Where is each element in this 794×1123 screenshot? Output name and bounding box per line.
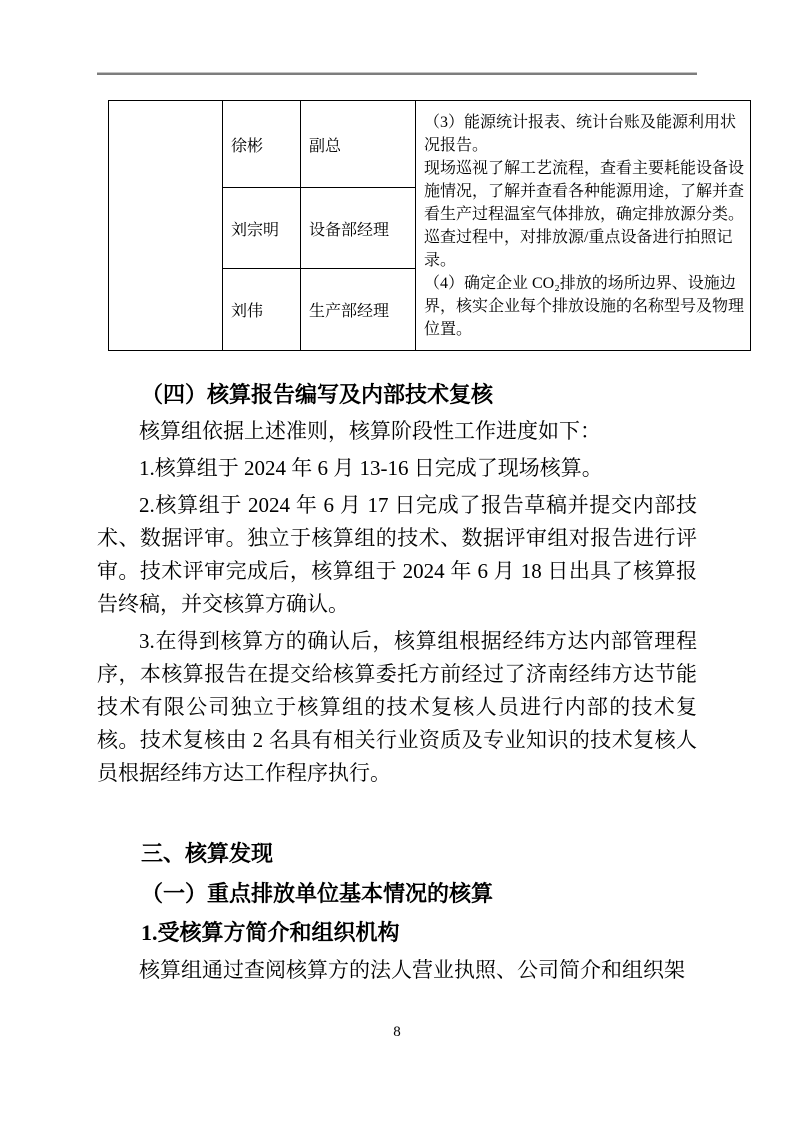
activity-paragraph: （4）确定企业 CO₂排放的场所边界、设施边界，核实企业每个排放设施的名称型号及… — [424, 272, 744, 341]
table-cell-person-title: 生产部经理 — [301, 269, 416, 351]
table-cell-person-title: 设备部经理 — [301, 188, 416, 269]
personnel-table: 徐彬 副总 （3）能源统计报表、统计台账及能源利用状况报告。 现场巡视了解工艺流… — [108, 100, 751, 351]
activity-paragraph: （3）能源统计报表、统计台账及能源利用状况报告。 — [424, 111, 744, 157]
paragraph-last: 核算组通过查阅核算方的法人营业执照、公司简介和组织架 — [97, 954, 697, 987]
paragraph-item-2: 2.核算组于 2024 年 6 月 17 日完成了报告草稿并提交内部技术、数据评… — [97, 489, 697, 621]
table-cell-person-name: 刘伟 — [223, 269, 301, 351]
table-cell-person-name: 徐彬 — [223, 101, 301, 188]
table-row: 徐彬 副总 （3）能源统计报表、统计台账及能源利用状况报告。 现场巡视了解工艺流… — [109, 101, 751, 188]
section-heading-findings: 三、核算发现 — [97, 839, 697, 869]
page-number: 8 — [97, 1024, 697, 1041]
table-cell-activities: （3）能源统计报表、统计台账及能源利用状况报告。 现场巡视了解工艺流程，查看主要… — [416, 101, 751, 351]
table-cell-person-title: 副总 — [301, 101, 416, 188]
paragraph-item-3: 3.在得到核算方的确认后，核算组根据经纬方达内部管理程序，本核算报告在提交给核算… — [97, 625, 697, 790]
header-rule — [97, 73, 697, 75]
activity-paragraph: 现场巡视了解工艺流程，查看主要耗能设备设施情况，了解并查看各种能源用途，了解并查… — [424, 157, 744, 272]
paragraph-intro: 核算组依据上述准则，核算阶段性工作进度如下： — [97, 415, 697, 448]
section-heading-report-writing: （四）核算报告编写及内部技术复核 — [97, 380, 697, 410]
table-cell-empty — [109, 101, 223, 351]
document-page: 徐彬 副总 （3）能源统计报表、统计台账及能源利用状况报告。 现场巡视了解工艺流… — [0, 0, 794, 1123]
paragraph-item-1: 1.核算组于 2024 年 6 月 13-16 日完成了现场核算。 — [97, 452, 697, 485]
subsubsection-heading-org: 1.受核算方简介和组织机构 — [97, 918, 697, 948]
subsection-heading-basic-info: （一）重点排放单位基本情况的核算 — [97, 879, 697, 909]
table-cell-person-name: 刘宗明 — [223, 188, 301, 269]
